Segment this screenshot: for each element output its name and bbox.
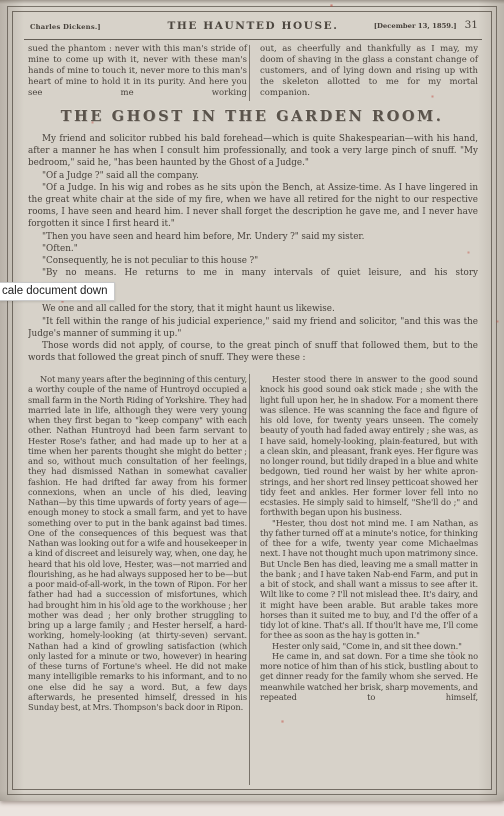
story-paragraph: He came in, and sat down. For a time she…	[260, 651, 478, 702]
intro-section: My friend and solicitor rubbed his bald …	[28, 133, 478, 371]
intro-paragraph: "Then you have seen and heard him before…	[28, 231, 478, 243]
page-header: Charles Dickens.] THE HAUNTED HOUSE. [De…	[28, 19, 478, 35]
story-paragraph: "Hester, thou dost not mind me. I am Nat…	[260, 518, 478, 641]
story-paragraph: Hester stood there in answer to the good…	[260, 374, 478, 518]
column-divider	[249, 374, 250, 785]
intro-paragraph: My friend and solicitor rubbed his bald …	[28, 133, 478, 170]
intro-paragraph: Those words did not apply, of course, to…	[28, 340, 478, 364]
article-title: THE GHOST IN THE GARDEN ROOM.	[0, 108, 504, 125]
header-right-group: [December 13, 1859.] 31	[374, 19, 478, 31]
story-paragraph: Hester only said, "Come in, and sit thee…	[260, 641, 478, 651]
intro-paragraph: "Often."	[28, 243, 478, 255]
story-column-right: Hester stood there in answer to the good…	[260, 374, 478, 787]
story-paragraph: Not many years after the beginning of th…	[28, 374, 247, 712]
scale-document-down-tooltip: cale document down	[0, 282, 115, 301]
scan-noise	[0, 0, 1, 1]
top-column-left-text: sued the phantom : never with this man's…	[28, 44, 247, 99]
top-columns: sued the phantom : never with this man's…	[28, 44, 478, 102]
intro-paragraph: "Of a Judge. In his wig and robes as he …	[28, 182, 478, 231]
top-column-right-text: out, as cheerfully and thankfully as I m…	[260, 44, 478, 99]
intro-paragraph-partially-covered: "By no means. He returns to me in many i…	[28, 267, 478, 279]
page-number: 31	[465, 19, 478, 31]
intro-paragraph: "It fell within the range of his judicia…	[28, 316, 478, 340]
intro-paragraph: "Consequently, he is not peculiar to thi…	[28, 255, 478, 267]
intro-paragraph: "Of a Judge ?" said all the company.	[28, 170, 478, 182]
top-column-left: sued the phantom : never with this man's…	[28, 44, 247, 99]
top-column-right: out, as cheerfully and thankfully as I m…	[260, 44, 478, 99]
header-rule	[24, 39, 482, 40]
header-date: [December 13, 1859.]	[374, 22, 457, 30]
column-divider	[249, 45, 250, 101]
intro-paragraph: We one and all called for the story, tha…	[28, 303, 478, 315]
story-column-left: Not many years after the beginning of th…	[28, 374, 247, 787]
story-columns: Not many years after the beginning of th…	[28, 374, 478, 787]
scanned-document-page[interactable]: Charles Dickens.] THE HAUNTED HOUSE. [De…	[0, 0, 504, 801]
